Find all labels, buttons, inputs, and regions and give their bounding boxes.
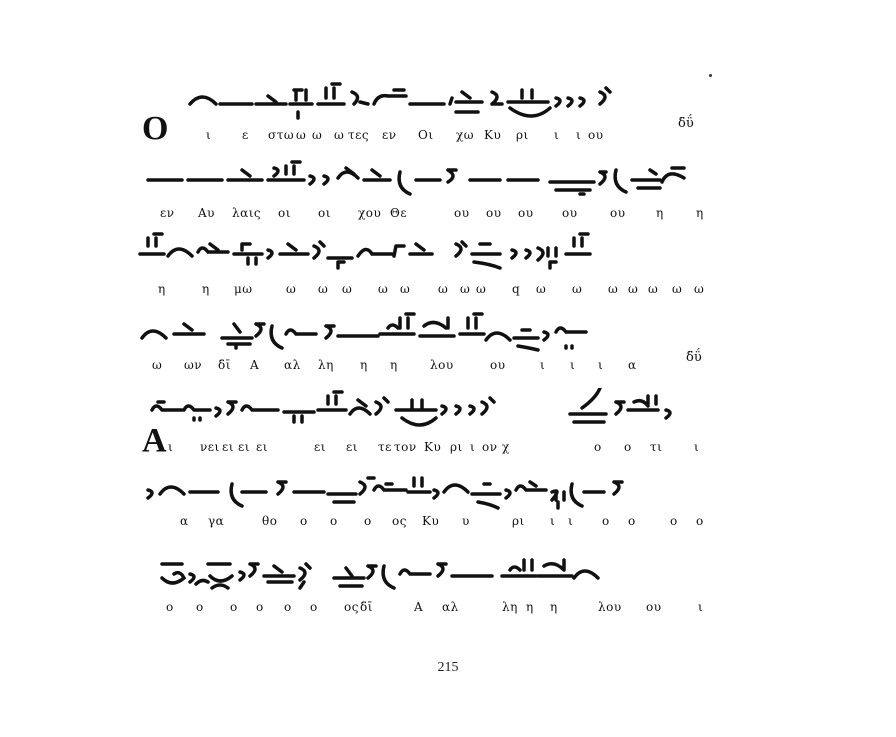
- syllable: αλ: [284, 358, 301, 372]
- syllable: στω: [268, 128, 294, 142]
- syllable: ο: [670, 514, 678, 528]
- syllable: ω: [152, 358, 162, 372]
- syllable: η: [202, 282, 210, 296]
- syllable: η: [526, 600, 534, 614]
- syllable: ο: [330, 514, 338, 528]
- syllable: ο: [364, 514, 372, 528]
- syllable: ι: [570, 358, 575, 372]
- syllable: ε: [242, 128, 249, 142]
- syllable: Αυ: [198, 206, 215, 220]
- syllable: ω: [342, 282, 352, 296]
- syllable: Κυ: [484, 128, 501, 142]
- syllable: χ: [502, 440, 510, 454]
- syllable: ο: [166, 600, 174, 614]
- neume-staff-icon: [138, 388, 718, 432]
- syllable: ω: [476, 282, 486, 296]
- syllable: ει: [238, 440, 250, 454]
- syllable: οι: [318, 206, 331, 220]
- syllable: ο: [230, 600, 238, 614]
- syllable: ω: [572, 282, 582, 296]
- syllable: α: [180, 514, 189, 528]
- syllable: οι: [278, 206, 291, 220]
- syllable: ι: [694, 440, 699, 454]
- syllable: η: [696, 206, 704, 220]
- syllable: ει: [314, 440, 326, 454]
- syllable: η: [158, 282, 166, 296]
- syllable: ι: [470, 440, 475, 454]
- syllable: λου: [430, 358, 454, 372]
- syllable: νει: [200, 440, 220, 454]
- syllable: τε: [378, 440, 392, 454]
- syllable: ο: [196, 600, 204, 614]
- syllable: ου: [454, 206, 470, 220]
- syllable: ω: [460, 282, 470, 296]
- syllable: ι: [568, 514, 573, 528]
- lyrics-line-4: ω ων δ̈ῑ Α αλ λη η η λου ου ι ι ι α: [138, 358, 718, 382]
- syllable: ο: [594, 440, 602, 454]
- neume-staff-icon: [138, 78, 718, 122]
- syllable: ου: [610, 206, 626, 220]
- syllable: ο: [284, 600, 292, 614]
- syllable: ο: [256, 600, 264, 614]
- syllable: μω: [234, 282, 253, 296]
- neume-staff-icon: [138, 312, 718, 356]
- syllable: ρι: [516, 128, 529, 142]
- syllable: ου: [518, 206, 534, 220]
- syllable: τον: [394, 440, 417, 454]
- page-number: 215: [0, 660, 896, 676]
- syllable: ι: [576, 128, 581, 142]
- syllable: α: [628, 358, 637, 372]
- syllable: ει: [222, 440, 234, 454]
- syllable: ου: [486, 206, 502, 220]
- syllable: υ: [462, 514, 470, 528]
- syllable: ι: [550, 514, 555, 528]
- syllable: λη: [318, 358, 334, 372]
- syllable: ο: [628, 514, 636, 528]
- syllable: ω: [378, 282, 388, 296]
- syllable: ω: [286, 282, 296, 296]
- syllable: θο: [262, 514, 277, 528]
- syllable: ο: [602, 514, 610, 528]
- score-page: Ο ι ε στω ω ω ω τες εν Οι χω Κυ ρι ι ι ο…: [0, 0, 896, 737]
- syllable: λη: [502, 600, 518, 614]
- lyrics-line-2: εν Αυ λαις οι οι χου Θε ου ου ου ου ου η…: [138, 206, 718, 230]
- syllable: ω: [536, 282, 546, 296]
- syllable: ος: [392, 514, 407, 528]
- syllable: ω: [694, 282, 704, 296]
- syllable: εν: [382, 128, 397, 142]
- neume-staff-icon: [138, 158, 718, 202]
- syllable: ος: [344, 600, 359, 614]
- syllable: ι: [540, 358, 545, 372]
- syllable: ω: [312, 128, 322, 142]
- syllable: Α: [414, 600, 423, 614]
- syllable: ου: [646, 600, 662, 614]
- syllable: η: [550, 600, 558, 614]
- neume-staff-icon: [138, 554, 718, 598]
- syllable: ι: [554, 128, 559, 142]
- martyria-sign: δ̈ΰ: [678, 116, 694, 131]
- syllable: q: [512, 282, 520, 296]
- syllable: ο: [696, 514, 704, 528]
- syllable: ρι: [450, 440, 463, 454]
- syllable: Α: [250, 358, 259, 372]
- syllable: η: [360, 358, 368, 372]
- syllable: Θε: [390, 206, 407, 220]
- syllable: Οι: [418, 128, 434, 142]
- lyrics-line-7: ο ο ο ο ο ο ος δ̈ῑ Α αλ λη η η λου ου ι: [138, 600, 718, 624]
- syllable: ων: [184, 358, 202, 372]
- neume-staff-icon: [138, 232, 718, 276]
- syllable: ου: [588, 128, 604, 142]
- lyrics-line-1: ι ε στω ω ω ω τες εν Οι χω Κυ ρι ι ι ου: [138, 128, 718, 152]
- syllable: χω: [456, 128, 474, 142]
- syllable: ο: [624, 440, 632, 454]
- syllable: Κυ: [422, 514, 439, 528]
- syllable: ο: [300, 514, 308, 528]
- martyria-sign: δ̈ΰ: [686, 350, 702, 365]
- syllable: ρι: [512, 514, 525, 528]
- lyrics-line-6: α γα θο ο ο ο ος Κυ υ ρι ι ι ο ο ο ο: [138, 514, 718, 538]
- syllable: ω: [334, 128, 344, 142]
- syllable: ει: [256, 440, 268, 454]
- syllable: ω: [296, 128, 306, 142]
- syllable: η: [656, 206, 664, 220]
- syllable: ω: [648, 282, 658, 296]
- syllable: ω: [318, 282, 328, 296]
- martyria-sign: δ̈ῑ: [218, 358, 231, 372]
- syllable: ι: [206, 128, 211, 142]
- syllable: ω: [672, 282, 682, 296]
- syllable: αλ: [442, 600, 459, 614]
- syllable: ου: [562, 206, 578, 220]
- syllable: λου: [598, 600, 622, 614]
- syllable: εν: [160, 206, 175, 220]
- neume-staff-icon: [138, 472, 718, 516]
- syllable: η: [390, 358, 398, 372]
- syllable: χου: [358, 206, 381, 220]
- lyrics-line-5: ι νει ει ει ει ει ει τε τον Κυ ρι ι ον χ…: [138, 440, 718, 464]
- syllable: ω: [400, 282, 410, 296]
- syllable: ει: [346, 440, 358, 454]
- syllable: τες: [348, 128, 369, 142]
- syllable: ι: [168, 440, 173, 454]
- syllable: γα: [208, 514, 224, 528]
- ink-speck: [709, 74, 712, 77]
- syllable: ω: [438, 282, 448, 296]
- martyria-sign: δ̈ῑ: [360, 600, 373, 614]
- syllable: ω: [628, 282, 638, 296]
- syllable: λαις: [232, 206, 261, 220]
- syllable: ου: [490, 358, 506, 372]
- syllable: Κυ: [424, 440, 441, 454]
- syllable: ι: [698, 600, 703, 614]
- syllable: ον: [482, 440, 498, 454]
- lyrics-line-3: η η μω ω ω ω ω ω ω ω ω q ω ω ω ω ω ω ω: [138, 282, 718, 306]
- syllable: ω: [608, 282, 618, 296]
- syllable: ο: [310, 600, 318, 614]
- syllable: τι: [650, 440, 662, 454]
- syllable: ι: [598, 358, 603, 372]
